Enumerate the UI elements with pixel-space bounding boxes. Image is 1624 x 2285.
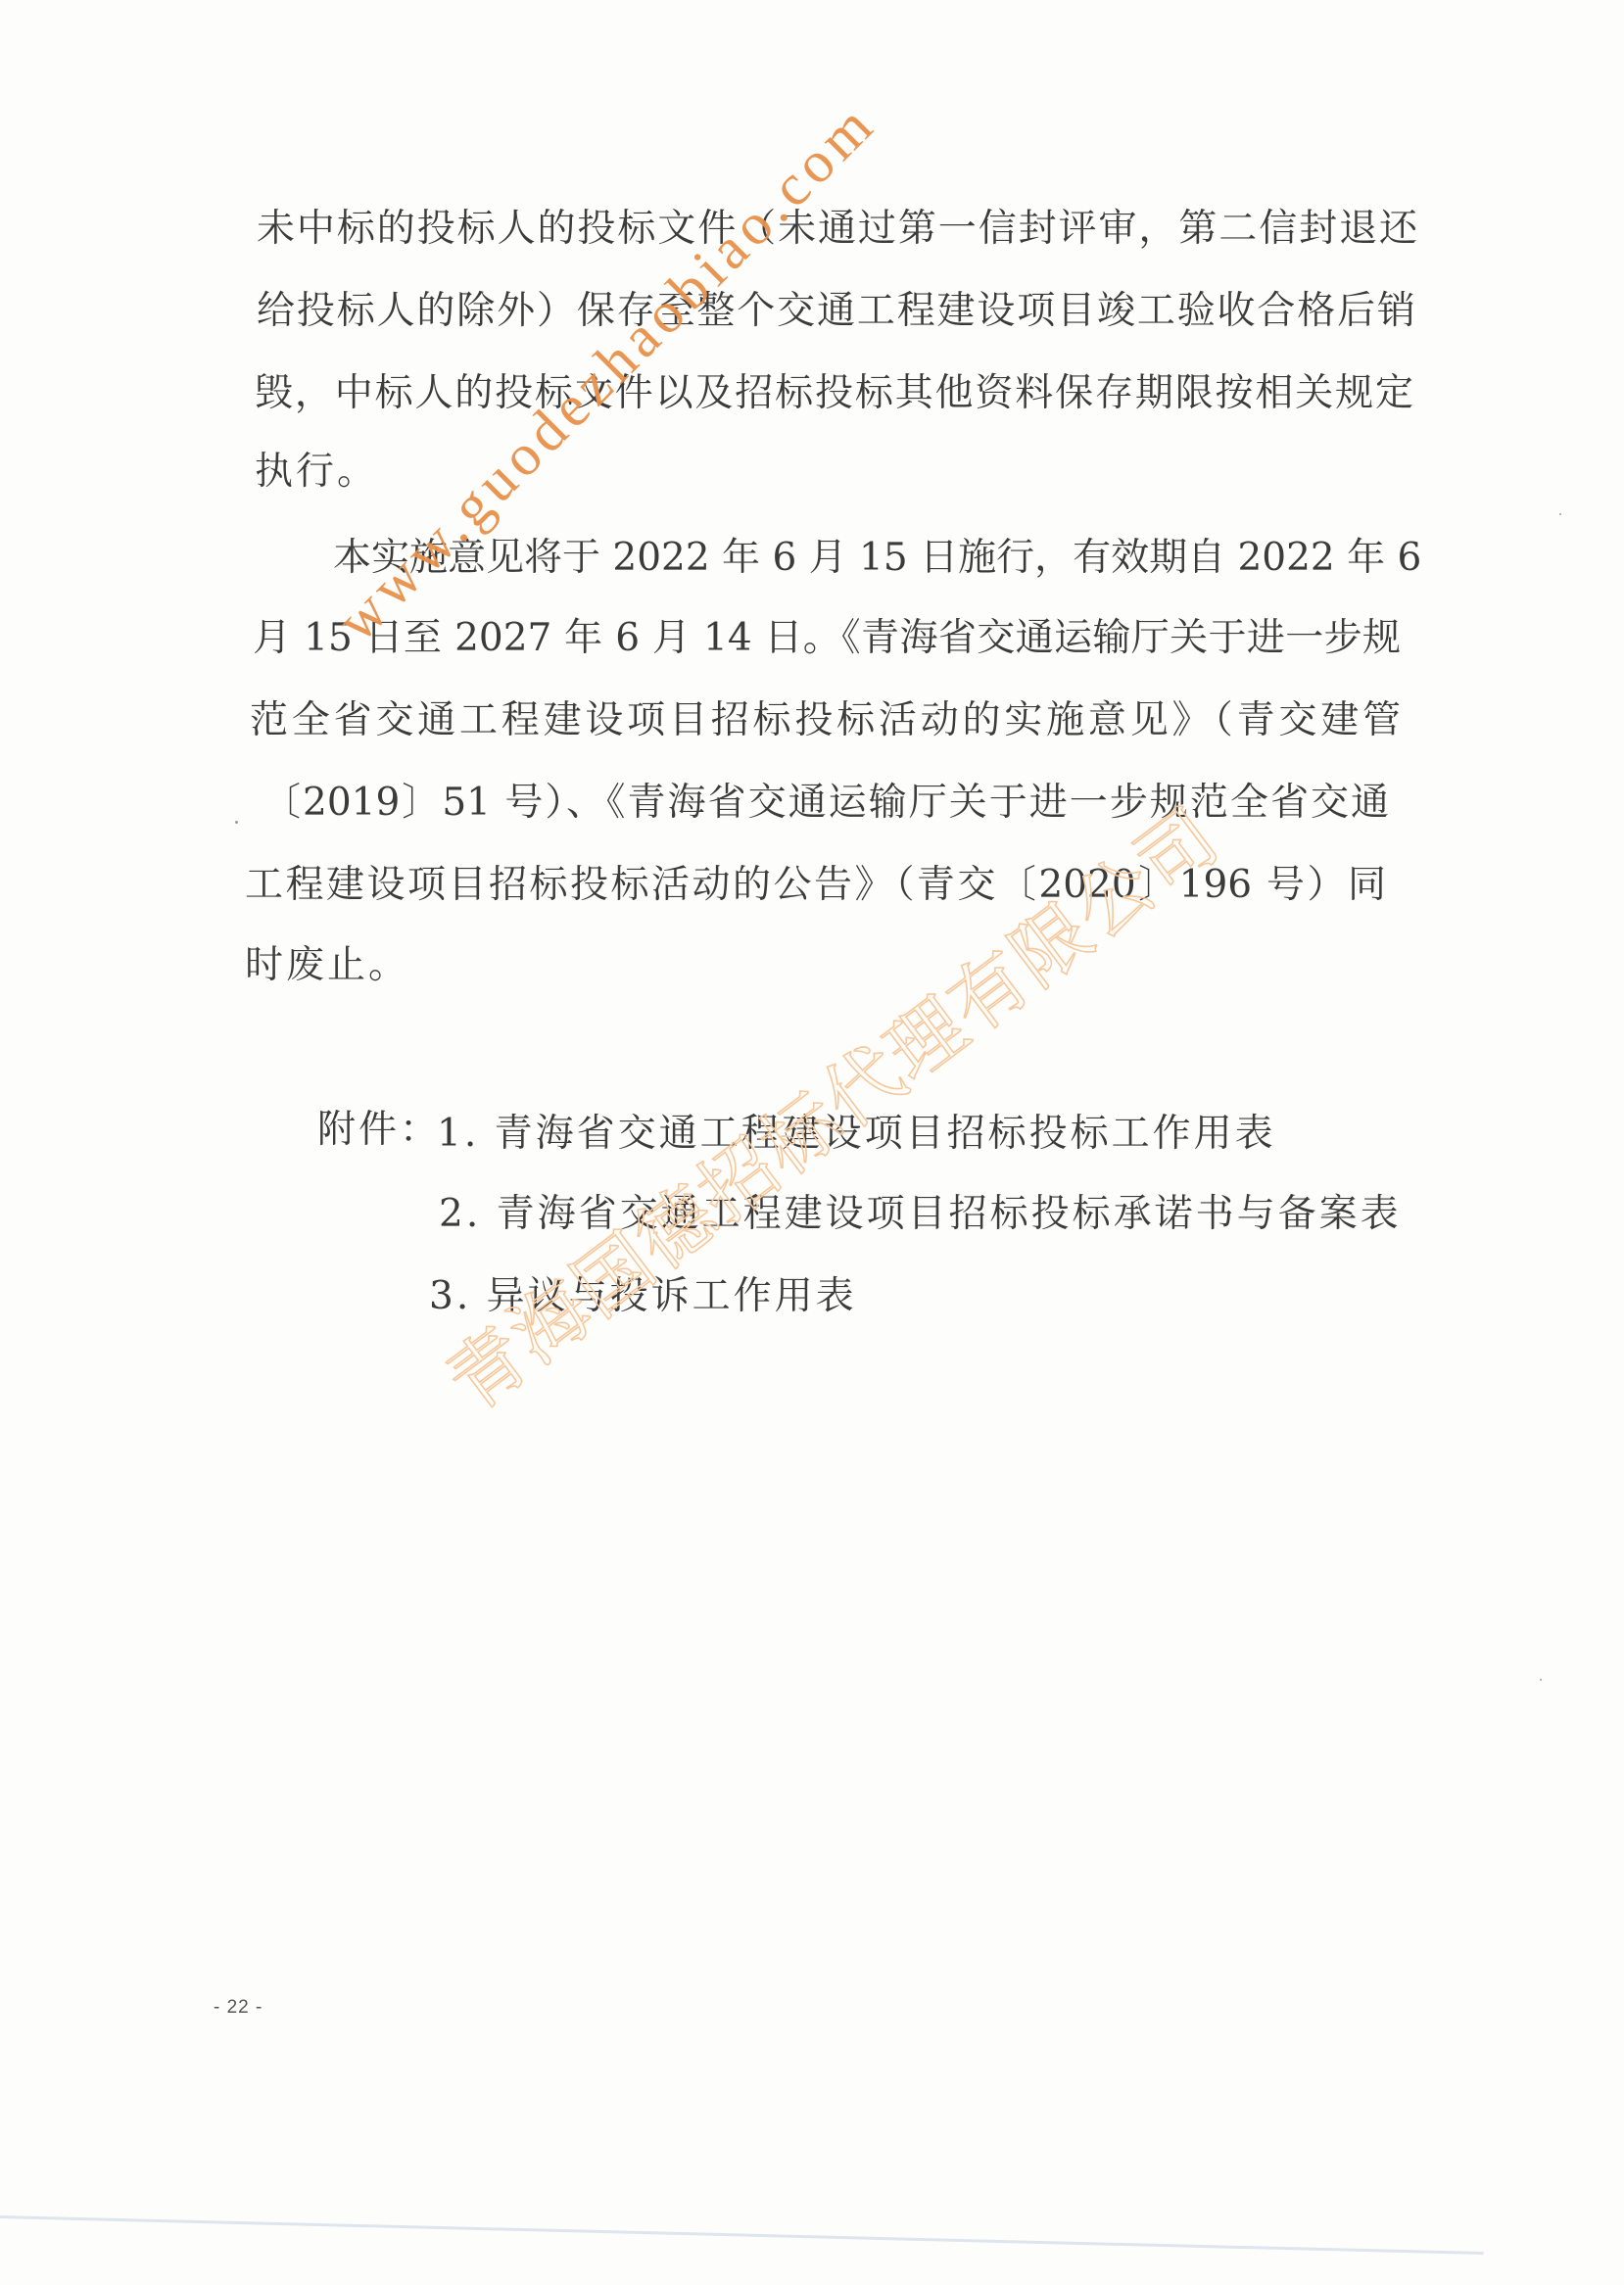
paragraph2-line-3: 范全省交通工程建设项目招标投标活动的实施意见》（青交建管	[250, 697, 1401, 744]
attachment-item-2: 2. 青海省交通工程建设项目招标投标承诺书与备案表	[439, 1191, 1402, 1238]
scan-line-artifact	[0, 2215, 1484, 2255]
paragraph2-line-4: 〔2019〕51 号）、《青海省交通运输厅关于进一步规范全省交通	[263, 780, 1389, 827]
paragraph1-line-3: 毁，中标人的投标文件以及招标投标其他资料保存期限按相关规定	[255, 370, 1413, 417]
paragraph1-line-1: 未中标的投标人的投标文件（未通过第一信封评审，第二信封退还	[257, 206, 1417, 253]
attachment-item-1: 1. 青海省交通工程建设项目招标投标工作用表	[437, 1111, 1276, 1158]
page-number: - 22 -	[214, 1997, 263, 2019]
scan-speck	[1559, 513, 1561, 515]
paragraph2-line-2: 月 15 日至 2027 年 6 月 14 日。《青海省交通运输厅关于进一步规	[253, 615, 1401, 662]
scan-speck	[235, 821, 238, 824]
paragraph1-line-2: 给投标人的除外）保存至整个交通工程建设项目竣工验收合格后销	[257, 288, 1415, 335]
document-page: 未中标的投标人的投标文件（未通过第一信封评审，第二信封退还 给投标人的除外）保存…	[0, 0, 1624, 2285]
paragraph2-line-6: 时废止。	[245, 942, 409, 989]
paragraph2-line-1: 本实施意见将于 2022 年 6 月 15 日施行，有效期自 2022 年 6	[333, 535, 1396, 582]
attachments-label: 附件：	[317, 1107, 441, 1154]
attachment-item-3: 3. 异议与投诉工作用表	[429, 1273, 857, 1320]
scan-speck	[1540, 1679, 1542, 1681]
paragraph1-line-4: 执行。	[255, 449, 378, 496]
paragraph2-line-5: 工程建设项目招标投标活动的公告》（青交〔2020〕196 号）同	[245, 862, 1386, 909]
